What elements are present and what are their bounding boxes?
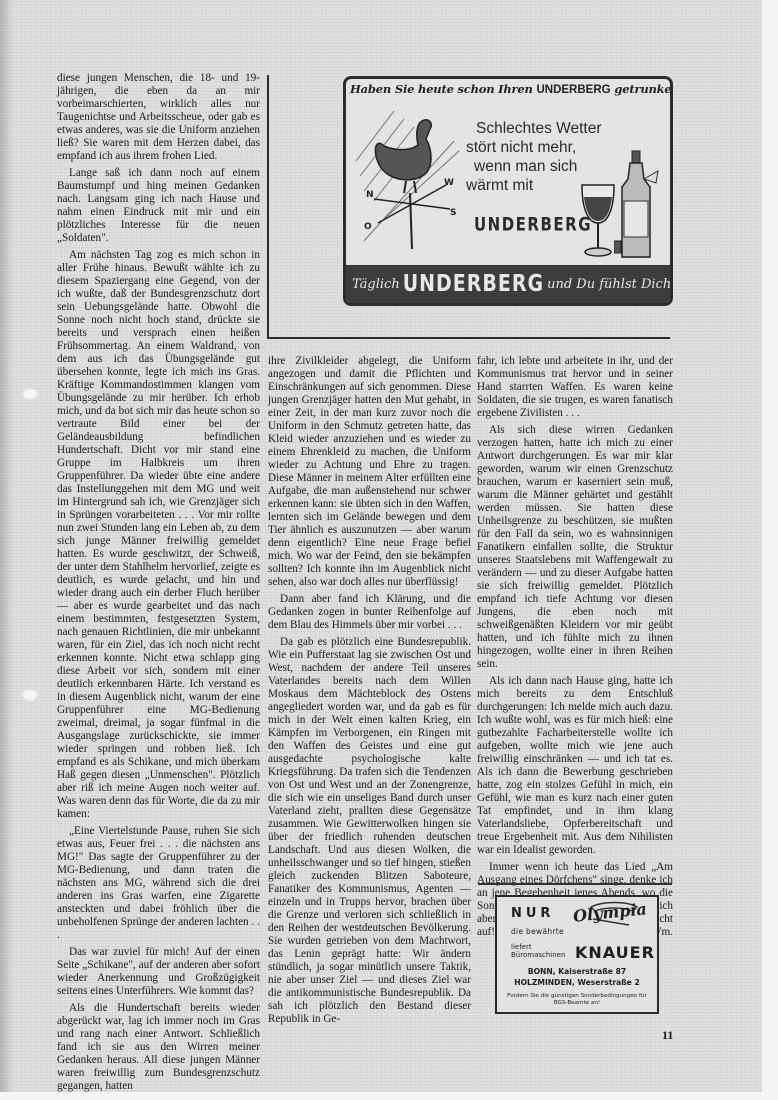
paragraph: Als ich dann nach Hause ging, hatte ich … bbox=[477, 675, 673, 857]
paragraph: Da gab es plötzlich eine Bundesrepublik.… bbox=[268, 636, 471, 1026]
olympia-knauer-advertisement: NUR Olympia die bewährte liefert Büromas… bbox=[495, 895, 659, 1014]
ad-brand-name: UNDERBERG bbox=[474, 213, 592, 236]
ad-text-line: liefert bbox=[511, 943, 565, 951]
banner-text: und Du fühlst Dich wohl! bbox=[547, 277, 673, 292]
page-number: 11 bbox=[662, 1028, 673, 1043]
svg-text:O: O bbox=[364, 222, 372, 232]
banner-brand: UNDERBERG bbox=[403, 271, 544, 297]
ad-note: Fordern Sie die günstigen Sonderbedingun… bbox=[501, 993, 653, 1007]
paragraph: Das war zuviel für mich! Auf der einen S… bbox=[57, 946, 260, 998]
ad-frame-line bbox=[267, 75, 269, 339]
punch-hole bbox=[22, 689, 38, 701]
address-line: HOLZMINDEN, Weserstraße 2 bbox=[497, 978, 657, 987]
wine-glass-icon bbox=[578, 179, 618, 259]
article-column-middle: ihre Zivilkleider abgelegt, die Uniform … bbox=[268, 355, 471, 1030]
paragraph: Am nächsten Tag zog es mich schon in all… bbox=[57, 249, 260, 821]
paragraph: „Eine Viertelstunde Pause, ruhen Sie sic… bbox=[57, 825, 260, 942]
svg-text:W: W bbox=[444, 178, 454, 188]
ad-text: liefert Büromaschinen bbox=[511, 943, 565, 959]
page-edge-shadow bbox=[0, 0, 14, 1092]
section-divider bbox=[478, 883, 672, 885]
underberg-advertisement: Haben Sie heute schon Ihren UNDERBERG ge… bbox=[343, 76, 673, 306]
slogan-line: stört nicht mehr, bbox=[466, 138, 602, 157]
punch-hole bbox=[22, 388, 38, 400]
slogan-line: wenn man sich bbox=[474, 157, 602, 176]
paragraph: ihre Zivilkleider abgelegt, die Uniform … bbox=[268, 355, 471, 589]
paragraph: diese jungen Menschen, die 18- und 19-jä… bbox=[57, 72, 260, 163]
svg-text:N: N bbox=[366, 190, 374, 200]
article-column-right: fahr, ich lebte und arbeitete in ihr, un… bbox=[477, 355, 673, 943]
address-line: BONN, Kaiserstraße 87 bbox=[497, 967, 657, 976]
ad-text: die bewährte bbox=[511, 927, 564, 936]
paragraph: Als die Hundertschaft bereits wieder abg… bbox=[57, 1002, 260, 1093]
paragraph: Dann aber fand ich Klärung, und die Geda… bbox=[268, 593, 471, 632]
banner-text: Täglich bbox=[352, 277, 400, 292]
ad-banner: Täglich UNDERBERG und Du fühlst Dich woh… bbox=[346, 265, 670, 303]
ad-text-line: Büromaschinen bbox=[511, 951, 565, 959]
magazine-page: diese jungen Menschen, die 18- und 19-jä… bbox=[0, 0, 762, 1092]
paragraph: Lange saß ich dann noch auf einem Baumst… bbox=[57, 167, 260, 245]
svg-text:S: S bbox=[450, 208, 456, 218]
ad-frame-line bbox=[267, 337, 670, 339]
ad-headline: Haben Sie heute schon Ihren UNDERBERG ge… bbox=[350, 82, 666, 96]
headline-text: Haben Sie heute schon Ihren bbox=[350, 82, 536, 96]
paragraph: Als sich diese wirren Gedanken verzogen … bbox=[477, 424, 673, 671]
headline-brand: UNDERBERG bbox=[536, 84, 610, 96]
article-column-left: diese jungen Menschen, die 18- und 19-jä… bbox=[57, 72, 260, 1097]
rooster-weathervane-icon: N W O S bbox=[354, 101, 466, 251]
headline-text: getrunken? bbox=[611, 82, 673, 96]
slogan-line: Schlechtes Wetter bbox=[476, 119, 602, 138]
company-name: KNAUER bbox=[575, 943, 655, 962]
ad-nur: NUR bbox=[511, 906, 554, 921]
bottle-icon bbox=[614, 149, 660, 261]
paragraph: fahr, ich lebte und arbeitete in ihr, un… bbox=[477, 355, 673, 420]
